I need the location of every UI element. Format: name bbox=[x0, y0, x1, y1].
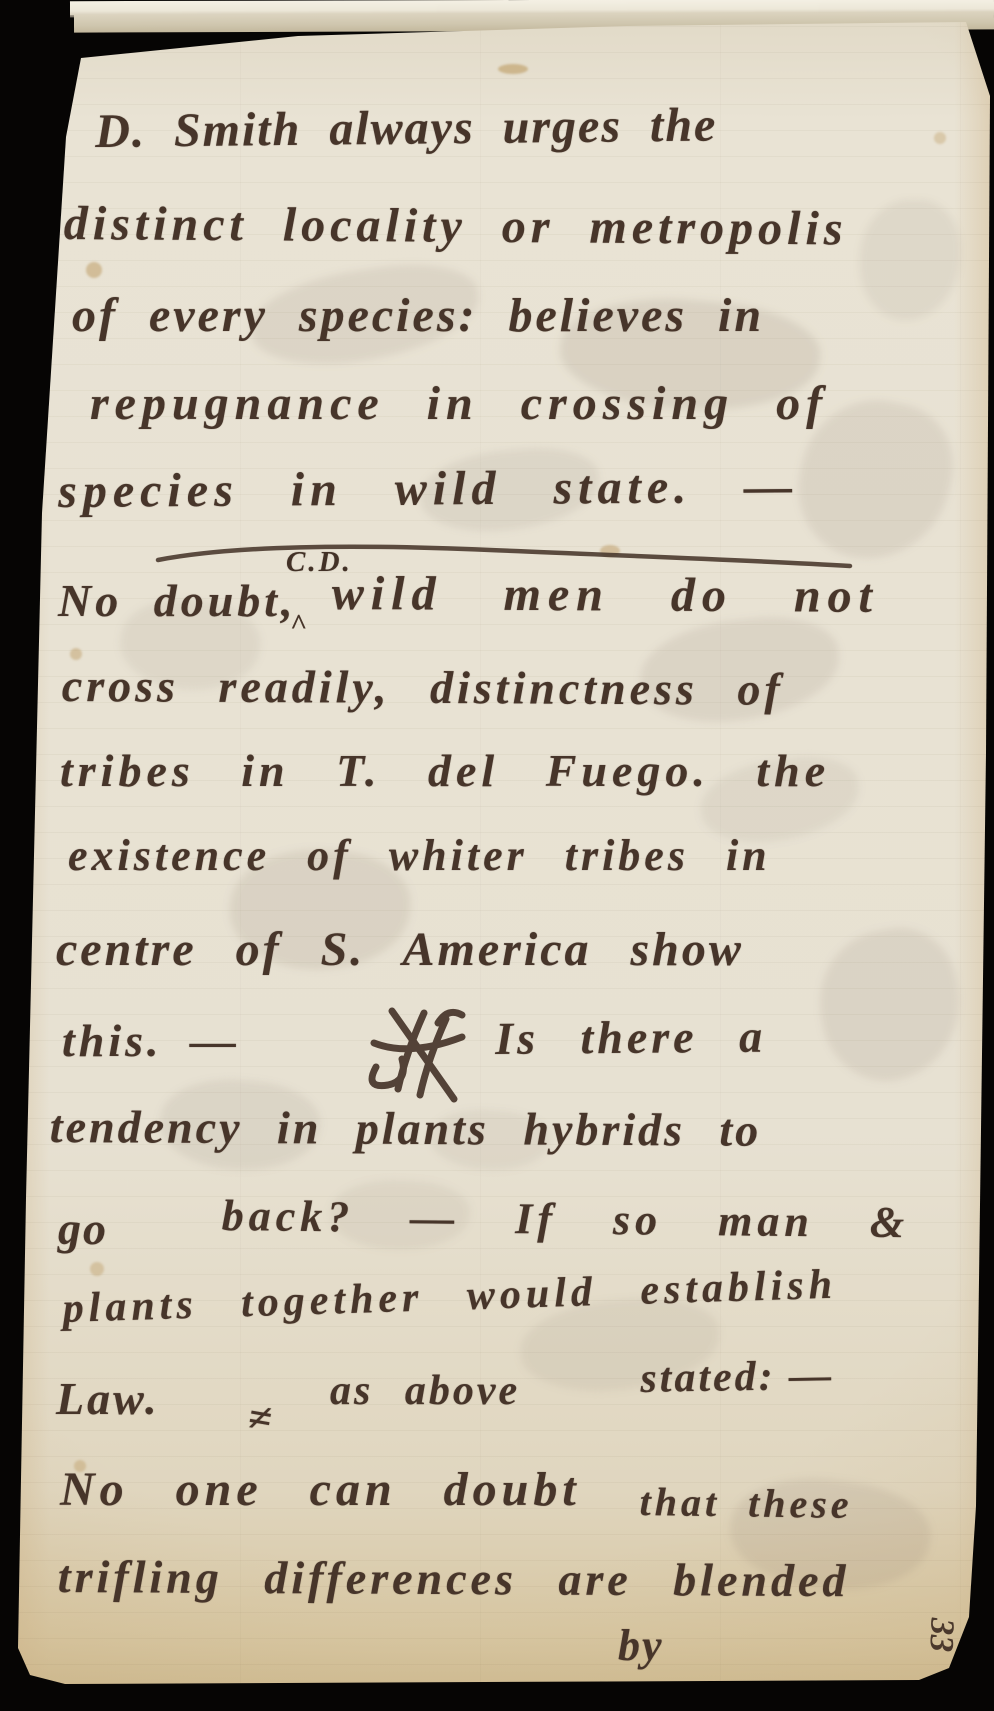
manuscript-line: that these bbox=[639, 1482, 852, 1525]
manuscript-line: D. Smith always urges the bbox=[95, 101, 718, 156]
manuscript-line: go bbox=[58, 1206, 108, 1252]
manuscript-line: distinct locality or metropolis bbox=[64, 200, 848, 253]
manuscript-line: wild men do not bbox=[332, 570, 879, 621]
notebook-page: D. Smith always urges thedistinct locali… bbox=[0, 0, 994, 1711]
manuscript-line: stated: — bbox=[640, 1355, 835, 1400]
manuscript-line: centre of S. America show bbox=[56, 926, 744, 974]
manuscript-line: this. — bbox=[62, 1018, 240, 1064]
manuscript-line: back? — If so man & bbox=[222, 1194, 910, 1245]
manuscript-line: existence of whiter tribes in bbox=[68, 834, 771, 878]
manuscript-line: Is there a bbox=[495, 1014, 766, 1062]
manuscript-line: species in wild state. — bbox=[58, 463, 798, 516]
notebook-photo: D. Smith always urges thedistinct locali… bbox=[0, 0, 994, 1711]
manuscript-line: No one can doubt bbox=[60, 1466, 581, 1514]
manuscript-line: No doubt, bbox=[58, 578, 297, 624]
manuscript-line: of every species: believes in bbox=[72, 292, 764, 340]
cd-insertion: C.D. bbox=[286, 548, 353, 577]
manuscript-line: tendency in plants hybrids to bbox=[50, 1104, 762, 1154]
scratched-mark bbox=[362, 995, 480, 1107]
manuscript-line: trifling differences are blended bbox=[58, 1554, 850, 1604]
manuscript-line: tribes in T. del Fuego. the bbox=[60, 748, 830, 794]
manuscript-line: cross readily, distinctness of bbox=[62, 663, 784, 713]
manuscript-line: Law. bbox=[56, 1376, 160, 1422]
divider-rule bbox=[150, 536, 860, 576]
manuscript-line: as above bbox=[330, 1370, 520, 1412]
page-number: 33 bbox=[923, 1617, 958, 1652]
manuscript-line: repugnance in crossing of bbox=[90, 380, 828, 428]
insertion-caret: ^ bbox=[290, 610, 307, 640]
manuscript-line: by bbox=[618, 1624, 664, 1668]
